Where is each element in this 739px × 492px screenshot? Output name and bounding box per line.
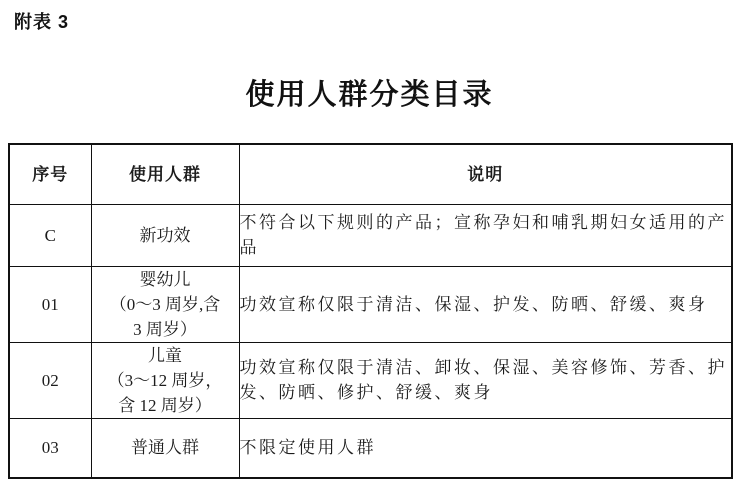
population-line: 含 12 周岁）	[92, 393, 239, 418]
column-header-population: 使用人群	[91, 144, 239, 204]
row-description: 功效宣称仅限于清洁、卸妆、保湿、美容修饰、芳香、护发、防晒、修护、舒缓、爽身	[239, 342, 732, 418]
column-header-number: 序号	[9, 144, 91, 204]
row-description: 不限定使用人群	[239, 418, 732, 478]
document-page: 附表 3 使用人群分类目录 序号 使用人群 说明 C 新功效 不符合以下规则的产…	[0, 0, 739, 492]
table-row: 03 普通人群 不限定使用人群	[9, 418, 732, 478]
table-row: C 新功效 不符合以下规则的产品；宣称孕妇和哺乳期妇女适用的产品	[9, 204, 732, 266]
row-description: 功效宣称仅限于清洁、保湿、护发、防晒、舒缓、爽身	[239, 266, 732, 342]
row-population: 婴幼儿 （0～3 周岁,含 3 周岁）	[91, 266, 239, 342]
appendix-label: 附表 3	[14, 8, 69, 34]
population-line: （0～3 周岁,含	[92, 292, 239, 317]
table-row: 02 儿童 （3～12 周岁， 含 12 周岁） 功效宣称仅限于清洁、卸妆、保湿…	[9, 342, 732, 418]
population-line: （3～12 周岁，	[92, 368, 239, 393]
row-number: 03	[9, 418, 91, 478]
column-header-description: 说明	[239, 144, 732, 204]
row-number: C	[9, 204, 91, 266]
population-line: 3 周岁）	[92, 317, 239, 342]
row-population: 儿童 （3～12 周岁， 含 12 周岁）	[91, 342, 239, 418]
row-number: 01	[9, 266, 91, 342]
row-description: 不符合以下规则的产品；宣称孕妇和哺乳期妇女适用的产品	[239, 204, 732, 266]
population-line: 儿童	[92, 343, 239, 368]
row-population: 普通人群	[91, 418, 239, 478]
table-header-row: 序号 使用人群 说明	[9, 144, 732, 204]
row-number: 02	[9, 342, 91, 418]
page-title: 使用人群分类目录	[0, 72, 739, 113]
row-population: 新功效	[91, 204, 239, 266]
usage-population-table: 序号 使用人群 说明 C 新功效 不符合以下规则的产品；宣称孕妇和哺乳期妇女适用…	[8, 143, 733, 479]
population-line: 普通人群	[92, 435, 239, 460]
table-row: 01 婴幼儿 （0～3 周岁,含 3 周岁） 功效宣称仅限于清洁、保湿、护发、防…	[9, 266, 732, 342]
population-line: 新功效	[92, 223, 239, 248]
population-line: 婴幼儿	[92, 267, 239, 292]
